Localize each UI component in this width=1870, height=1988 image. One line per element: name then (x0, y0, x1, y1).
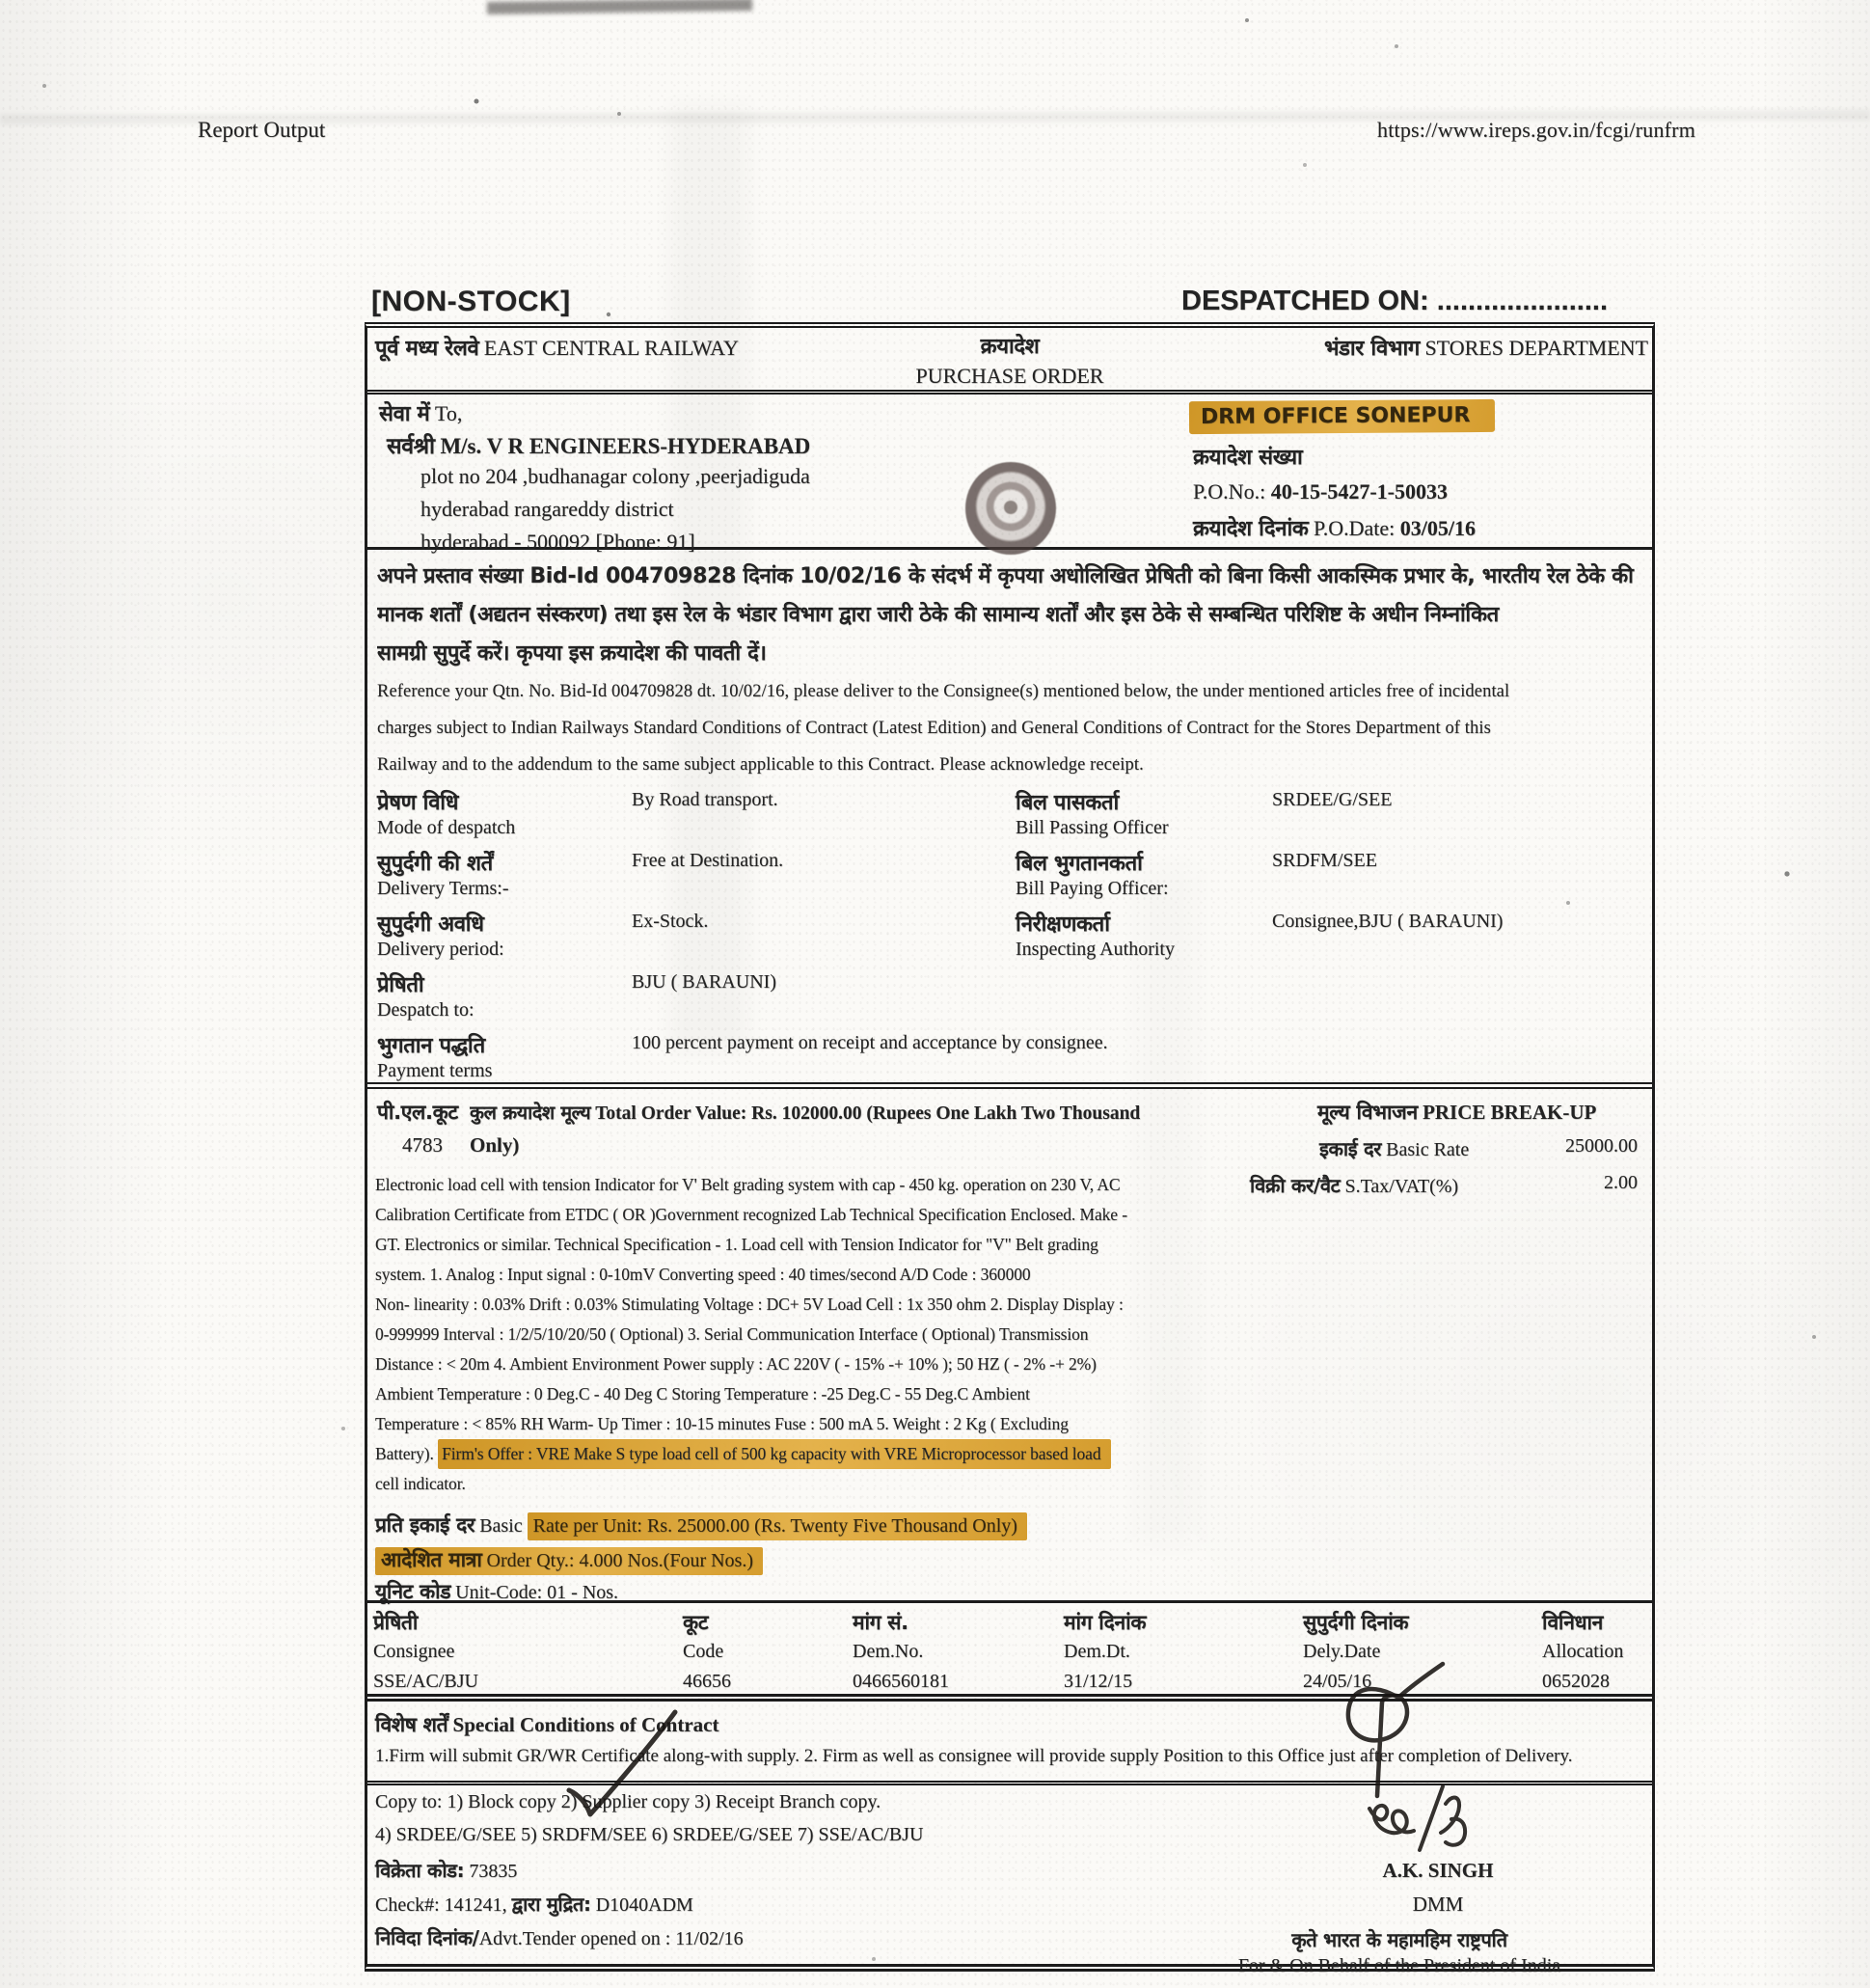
reference-and-despatch-section: अपने प्रस्ताव संख्या Bid-Id 004709828 दि… (367, 550, 1652, 1089)
consignee-table: प्रेषिती कूट मांग सं. मांग दिनांक सुपुर्… (367, 1600, 1652, 1702)
supplier-name: सर्वश्री M/s. V R ENGINEERS-HYDERABAD (387, 429, 810, 460)
dem-no-value: 0466560181 (853, 1671, 1064, 1693)
scanned-purchase-order-page: Report Output https://www.ireps.gov.in/f… (0, 0, 1870, 1988)
railway-round-seal-stamp (965, 462, 1056, 555)
pl-code-value: 4783 (402, 1133, 443, 1157)
report-output-label: Report Output (198, 118, 325, 143)
dely-date-value: 24/05/16 (1303, 1671, 1542, 1693)
supplier-address-line: plot no 204 ,budhanagar colony ,peerjadi… (420, 464, 810, 489)
consignee-value: SSE/AC/BJU (373, 1671, 683, 1693)
railway-name: पूर्व मध्य रेलवे EAST CENTRAL RAILWAY (367, 333, 796, 391)
despatched-on-label: DESPATCHED ON: ...................... (1181, 286, 1608, 317)
copy-to-line1: Copy to: 1) Block copy 2) Supplier copy … (375, 1791, 881, 1813)
dem-date-value: 31/12/15 (1064, 1671, 1303, 1693)
consignee-table-header-english: Consignee Code Dem.No. Dem.Dt. Dely.Date… (373, 1641, 1652, 1671)
po-number-block: DRM OFFICE SONEPUR क्रयादेश संख्या P.O.N… (1189, 400, 1495, 542)
allocation-value: 0652028 (1542, 1671, 1652, 1693)
despatch-details: प्रेषण विधि Mode of despatch By Road tra… (377, 787, 1642, 1089)
basic-rate-value: 25000.00 (1565, 1135, 1638, 1161)
basic-rate-per-unit-line: प्रति इकाई दर Basic Rate per Unit: Rs. 2… (375, 1511, 1027, 1539)
despatch-row-mode: प्रेषण विधि Mode of despatch By Road tra… (377, 787, 1642, 848)
check-printed-line: Check#: 141241, द्वारा मुद्रित: D1040ADM (375, 1891, 693, 1917)
order-qty-line: आदेशित मात्रा Order Qty.: 4.000 Nos.(Fou… (375, 1546, 763, 1573)
reference-paragraph-hindi: सामग्री सुपुर्दे करें। कृपया इस क्रयादेश… (377, 635, 1642, 673)
signer-designation: DMM (1332, 1893, 1544, 1917)
po-date: क्रयादेश दिनांक P.O.Date: 03/05/16 (1189, 513, 1495, 542)
reference-paragraph-english: Railway and to the addendum to the same … (377, 747, 1642, 783)
code-value: 46656 (683, 1671, 853, 1693)
item-description: Electronic load cell with tension Indica… (375, 1170, 1158, 1499)
special-conditions-text: 1.Firm will submit GR/WR Certificate alo… (375, 1746, 1648, 1767)
on-behalf-hindi: कृते भारत के महामहिम राष्ट्रपति (1226, 1926, 1573, 1952)
reference-paragraph-english: Reference your Qtn. No. Bid-Id 004709828… (377, 673, 1642, 710)
order-qty-highlighted: आदेशित मात्रा Order Qty.: 4.000 Nos.(Fou… (375, 1547, 763, 1575)
despatch-row-payment-terms: भुगतान पद्धति Payment terms 100 percent … (377, 1030, 1642, 1089)
despatch-row-delivery-terms: सुपुर्दगी की शर्तें Delivery Terms:- Fre… (377, 848, 1642, 909)
basic-rate-row: इकाई दर Basic Rate 25000.00 (1319, 1135, 1638, 1161)
document-title: क्रयादेश PURCHASE ORDER (796, 333, 1224, 391)
reference-paragraph-hindi: अपने प्रस्ताव संख्या Bid-Id 004709828 दि… (377, 558, 1642, 596)
total-order-value-wrap: Only) (470, 1133, 519, 1157)
consignee-table-header-hindi: प्रेषिती कूट मांग सं. मांग दिनांक सुपुर्… (373, 1609, 1652, 1641)
firms-offer-line: Battery). Firm's Offer : VRE Make S type… (375, 1439, 1158, 1469)
copy-to-line2: 4) SRDEE/G/SEE 5) SRDFM/SEE 6) SRDEE/G/S… (375, 1824, 923, 1846)
scan-specks (0, 0, 2, 2)
to-label: सेवा में To, (379, 398, 462, 427)
rate-per-unit-highlighted: Rate per Unit: Rs. 25000.00 (Rs. Twenty … (528, 1512, 1027, 1540)
addressee-section: सेवा में To, सर्वश्री M/s. V R ENGINEERS… (367, 395, 1652, 550)
order-value-section: पी.एल.कूट 4783 कुल क्रयादेश मूल्य Total … (367, 1089, 1652, 1600)
despatch-row-despatch-to: प्रेषिती Despatch to: BJU ( BARAUNI) (377, 969, 1642, 1030)
issuing-office-highlighted: DRM OFFICE SONEPUR (1189, 399, 1496, 434)
reference-paragraph-hindi: मानक शर्तों (अद्यतन संस्करण) तथा इस रेल … (377, 596, 1642, 635)
source-url-text: https://www.ireps.gov.in/fcgi/runfrm (1377, 118, 1695, 143)
po-number-label-hindi: क्रयादेश संख्या (1189, 442, 1495, 471)
non-stock-label: [NON-STOCK] (371, 286, 571, 318)
firms-offer-highlighted: Firm's Offer : VRE Make S type load cell… (438, 1439, 1110, 1469)
price-breakup-title: मूल्य विभाजन PRICE BREAK-UP (1317, 1099, 1596, 1126)
reference-paragraph-english: charges subject to Indian Railways Stand… (377, 710, 1642, 747)
signer-name: A.K. SINGH (1332, 1859, 1544, 1883)
special-conditions-title: विशेष शर्तें Special Conditions of Contr… (375, 1711, 718, 1738)
document-header-row: पूर्व मध्य रेलवे EAST CENTRAL RAILWAY क्… (367, 328, 1652, 395)
total-order-value: कुल क्रयादेश मूल्य Total Order Value: Rs… (470, 1099, 1154, 1125)
consignee-table-row: SSE/AC/BJU 46656 0466560181 31/12/15 24/… (373, 1671, 1652, 1693)
footer-section: Copy to: 1) Block copy 2) Supplier copy … (367, 1785, 1652, 1975)
purchase-order-document: पूर्व मध्य रेलवे EAST CENTRAL RAILWAY क्… (365, 322, 1655, 1972)
sales-tax-row: विक्री कर/वैट S.Tax/VAT(%) 2.00 (1250, 1172, 1638, 1198)
department-name: भंडार विभाग STORES DEPARTMENT (1224, 333, 1652, 391)
tender-opened-line: निविदा दिनांक/Advt.Tender opened on : 11… (375, 1924, 744, 1950)
on-behalf-english: For & On Behalf of the President of Indi… (1216, 1955, 1583, 1977)
pl-code-label: पी.एल.कूट (377, 1099, 458, 1126)
special-conditions-section: विशेष शर्तें Special Conditions of Contr… (367, 1702, 1652, 1785)
scan-smudge (487, 0, 752, 14)
despatch-row-delivery-period: सुपुर्दगी अवधि Delivery period: Ex-Stock… (377, 909, 1642, 969)
supplier-address-line: hyderabad rangareddy district (420, 497, 674, 522)
po-number: P.O.No.: 40-15-5427-1-50033 (1189, 479, 1495, 504)
vendor-code-line: विक्रेता कोड: 73835 (375, 1857, 517, 1883)
sales-tax-value: 2.00 (1604, 1172, 1638, 1198)
